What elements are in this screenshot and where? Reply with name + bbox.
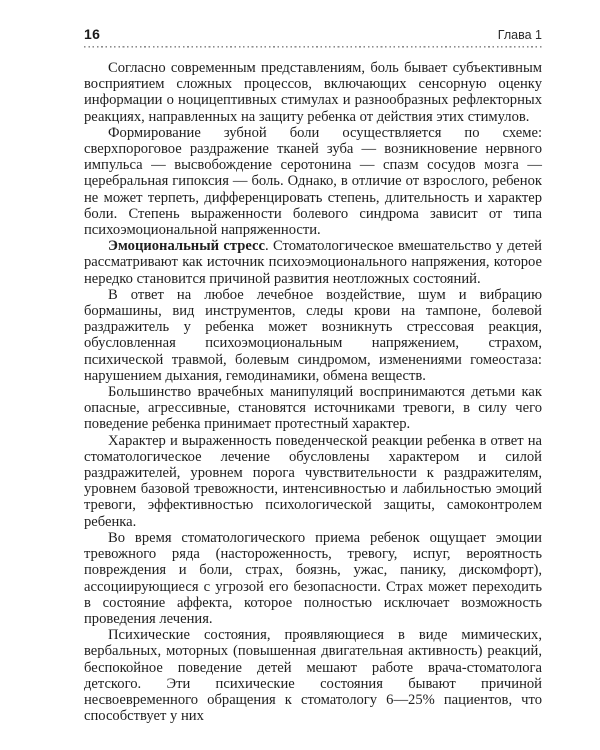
paragraph-text: Психические состояния, проявляющиеся в в… bbox=[84, 627, 542, 724]
paragraph-8: Психические состояния, проявляющиеся в в… bbox=[84, 627, 542, 724]
paragraph-bold-lead: Эмоциональный стресс bbox=[108, 238, 265, 254]
paragraph-text: Формирование зубной боли осуществляется … bbox=[84, 125, 542, 238]
book-page-scan: 16 Глава 1 Согласно современным представ… bbox=[0, 0, 600, 750]
paragraph-text: Характер и выраженность поведенческой ре… bbox=[84, 433, 542, 530]
paragraph-text: В ответ на любое лечебное воздействие, ш… bbox=[84, 287, 542, 384]
chapter-label: Глава 1 bbox=[498, 28, 542, 42]
page-number: 16 bbox=[84, 26, 100, 42]
paragraph-3: Эмоциональный стресс. Стоматологическое … bbox=[84, 238, 542, 287]
paragraph-7: Во время стоматологического приема ребен… bbox=[84, 530, 542, 627]
paragraph-4: В ответ на любое лечебное воздействие, ш… bbox=[84, 287, 542, 384]
paragraph-6: Характер и выраженность поведенческой ре… bbox=[84, 433, 542, 530]
header-dotted-rule bbox=[84, 46, 542, 48]
paragraph-2: Формирование зубной боли осуществляется … bbox=[84, 125, 542, 238]
page-content-column: 16 Глава 1 Согласно современным представ… bbox=[84, 26, 542, 724]
paragraph-1: Согласно современным представлениям, бол… bbox=[84, 60, 542, 125]
paragraph-5: Большинство врачебных манипуляций воспри… bbox=[84, 384, 542, 433]
paragraph-text: Во время стоматологического приема ребен… bbox=[84, 530, 542, 627]
paragraph-text: Согласно современным представлениям, бол… bbox=[84, 60, 542, 125]
page-header: 16 Глава 1 bbox=[84, 26, 542, 42]
page-body: Согласно современным представлениям, бол… bbox=[84, 60, 542, 724]
paragraph-text: Большинство врачебных манипуляций воспри… bbox=[84, 384, 542, 432]
